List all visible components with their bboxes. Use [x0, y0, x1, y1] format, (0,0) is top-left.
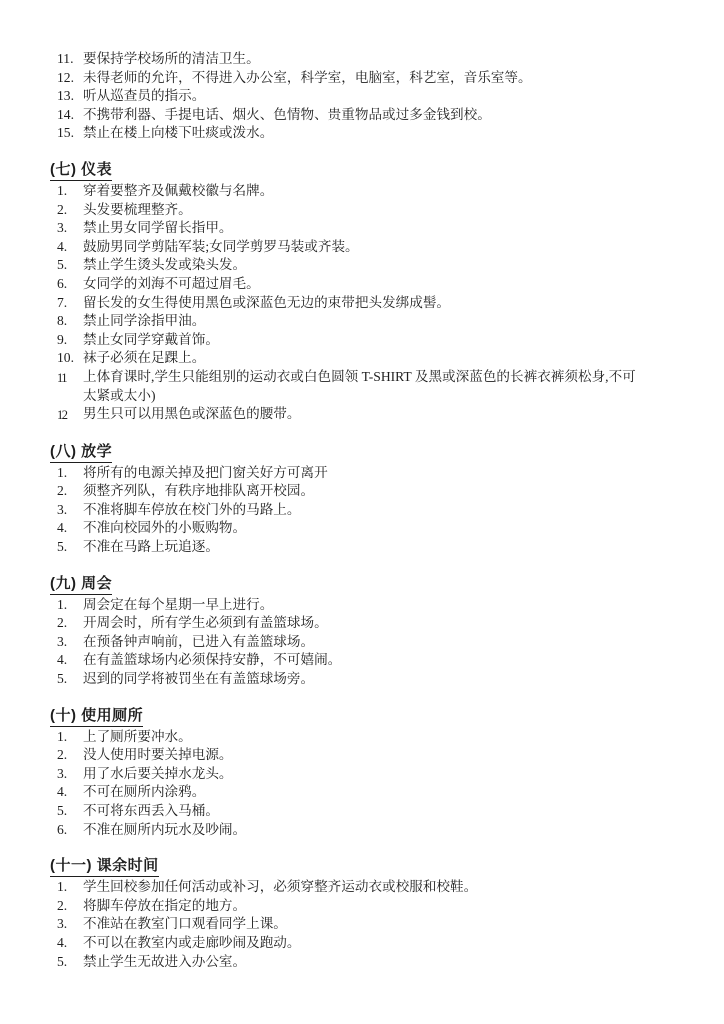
rule-text: 听从巡查员的指示。: [83, 87, 684, 106]
rule-number: 2.: [57, 746, 83, 765]
rule-item: 2.没人使用时要关掉电源。: [50, 746, 684, 765]
rule-number: 1.: [57, 596, 83, 615]
rule-text: 迟到的同学将被罚坐在有盖篮球场旁。: [83, 670, 684, 689]
rule-number: 13.: [57, 87, 83, 106]
rule-text-line: 不准将脚车停放在校门外的马路上。: [83, 501, 684, 520]
rule-text-line: 不携带利器、手提电话、烟火、色情物、贵重物品或过多金钱到校。: [83, 106, 684, 125]
rule-text-line: 头发要梳理整齐。: [83, 201, 684, 220]
rule-number: 6.: [57, 821, 83, 840]
rule-item: 9.禁止女同学穿戴首饰。: [50, 331, 684, 350]
rule-text: 不准将脚车停放在校门外的马路上。: [83, 501, 684, 520]
section-rule-list: 1.周会定在每个星期一早上进行。2.开周会时，所有学生必须到有盖篮球场。3.在预…: [50, 596, 684, 689]
rule-text: 将所有的电源关掉及把门窗关好方可离开: [83, 464, 684, 483]
rule-number: 5.: [57, 538, 83, 557]
rule-number: 3.: [57, 633, 83, 652]
rule-sections: (七) 仪表1.穿着要整齐及佩戴校徽与名牌。2.头发要梳理整齐。3.禁止男女同学…: [50, 160, 684, 971]
rule-text: 不可在厕所内涂鸦。: [83, 783, 684, 802]
rule-text-line: 不可以在教室内或走廊吵闹及跑动。: [83, 934, 684, 953]
rule-text-line: 要保持学校场所的清洁卫生。: [83, 50, 684, 69]
document-page: 11.要保持学校场所的清洁卫生。12.未得老师的允许，不得进入办公室，科学室，电…: [0, 0, 724, 1024]
rule-text: 上体育课时,学生只能组别的运动衣或白色圆领 T-SHIRT 及黑或深蓝色的长裤衣…: [83, 368, 684, 405]
rule-text: 禁止学生无故进入办公室。: [83, 953, 684, 972]
rule-text: 禁止女同学穿戴首饰。: [83, 331, 684, 350]
rule-text-line: 学生回校参加任何活动或补习，必须穿整齐运动衣或校服和校鞋。: [83, 878, 684, 897]
rule-number: 3.: [57, 765, 83, 784]
rule-number: 7.: [57, 294, 83, 313]
rule-item: 3.禁止男女同学留长指甲。: [50, 219, 684, 238]
rule-number: 1.: [57, 464, 83, 483]
rule-item: 5.迟到的同学将被罚坐在有盖篮球场旁。: [50, 670, 684, 689]
rule-item: 1.穿着要整齐及佩戴校徽与名牌。: [50, 182, 684, 201]
rule-text-line: 在有盖篮球场内必须保持安静，不可嬉闹。: [83, 651, 684, 670]
section-heading: (八) 放学: [50, 442, 112, 463]
rule-text-line: 禁止同学涂指甲油。: [83, 312, 684, 331]
rule-item: 4.不可在厕所内涂鸦。: [50, 783, 684, 802]
rule-text-line: 用了水后要关掉水龙头。: [83, 765, 684, 784]
rule-text: 女同学的刘海不可超过眉毛。: [83, 275, 684, 294]
rule-text-line: 袜子必须在足踝上。: [83, 349, 684, 368]
rule-text-line: 禁止学生无故进入办公室。: [83, 953, 684, 972]
rule-number: 4.: [57, 783, 83, 802]
rule-text: 不携带利器、手提电话、烟火、色情物、贵重物品或过多金钱到校。: [83, 106, 684, 125]
rule-item: 11.要保持学校场所的清洁卫生。: [50, 50, 684, 69]
rule-item: 2.开周会时，所有学生必须到有盖篮球场。: [50, 614, 684, 633]
section-heading: (九) 周会: [50, 574, 112, 595]
rule-item: 4.鼓励男同学剪陆军装;女同学剪罗马装或齐装。: [50, 238, 684, 257]
rule-item: 4.不可以在教室内或走廊吵闹及跑动。: [50, 934, 684, 953]
rule-text: 用了水后要关掉水龙头。: [83, 765, 684, 784]
rule-text-line: 上了厕所要冲水。: [83, 728, 684, 747]
rule-number: 14.: [57, 106, 83, 125]
rule-text-line: 禁止学生烫头发或染头发。: [83, 256, 684, 275]
rule-item: 1.上了厕所要冲水。: [50, 728, 684, 747]
rule-item: 3.用了水后要关掉水龙头。: [50, 765, 684, 784]
rule-item: 8.禁止同学涂指甲油。: [50, 312, 684, 331]
rule-item: 2.将脚车停放在指定的地方。: [50, 897, 684, 916]
rule-number: 3.: [57, 219, 83, 238]
rule-text: 学生回校参加任何活动或补习，必须穿整齐运动衣或校服和校鞋。: [83, 878, 684, 897]
section-heading: (十一) 课余时间: [50, 856, 159, 877]
rule-item: 5.不准在马路上玩追逐。: [50, 538, 684, 557]
rule-text-line: 鼓励男同学剪陆军装;女同学剪罗马装或齐装。: [83, 238, 684, 257]
section-heading: (七) 仪表: [50, 160, 112, 181]
rule-item: 5.禁止学生无故进入办公室。: [50, 953, 684, 972]
rule-item: 1.学生回校参加任何活动或补习，必须穿整齐运动衣或校服和校鞋。: [50, 878, 684, 897]
rule-text-line: 禁止男女同学留长指甲。: [83, 219, 684, 238]
rule-section: (九) 周会1.周会定在每个星期一早上进行。2.开周会时，所有学生必须到有盖篮球…: [50, 574, 684, 689]
rule-text-line: 须整齐列队，有秩序地排队离开校园。: [83, 482, 684, 501]
rule-text-line: 不可将东西丢入马桶。: [83, 802, 684, 821]
rule-number: 10.: [57, 349, 83, 368]
rule-item: 3.不准站在教室门口观看同学上课。: [50, 915, 684, 934]
rule-text-line: 不准向校园外的小贩购物。: [83, 519, 684, 538]
rule-number: 4.: [57, 519, 83, 538]
rule-item: 6.女同学的刘海不可超过眉毛。: [50, 275, 684, 294]
rule-number: 11.: [57, 50, 83, 69]
section-rule-list: 1.穿着要整齐及佩戴校徽与名牌。2.头发要梳理整齐。3.禁止男女同学留长指甲。4…: [50, 182, 684, 425]
rule-text: 男生只可以用黑色或深蓝色的腰带。: [83, 405, 684, 424]
rule-text: 不准在马路上玩追逐。: [83, 538, 684, 557]
rule-text-line: 迟到的同学将被罚坐在有盖篮球场旁。: [83, 670, 684, 689]
rule-item: 2.头发要梳理整齐。: [50, 201, 684, 220]
rule-text: 不准在厕所内玩水及吵闹。: [83, 821, 684, 840]
rule-number: 12.: [57, 69, 83, 88]
rule-text: 禁止学生烫头发或染头发。: [83, 256, 684, 275]
rule-item: 12男生只可以用黑色或深蓝色的腰带。: [50, 405, 684, 425]
rule-item: 2.须整齐列队，有秩序地排队离开校园。: [50, 482, 684, 501]
rule-number: 12: [57, 405, 83, 425]
section-heading: (十) 使用厕所: [50, 706, 143, 727]
rule-text: 不可将东西丢入马桶。: [83, 802, 684, 821]
rule-text: 周会定在每个星期一早上进行。: [83, 596, 684, 615]
rule-section: (八) 放学1.将所有的电源关掉及把门窗关好方可离开2.须整齐列队，有秩序地排队…: [50, 442, 684, 557]
rule-text: 禁止在楼上向楼下吐痰或泼水。: [83, 124, 684, 143]
rule-item: 10.袜子必须在足踝上。: [50, 349, 684, 368]
rule-section: (十一) 课余时间1.学生回校参加任何活动或补习，必须穿整齐运动衣或校服和校鞋。…: [50, 856, 684, 971]
rule-item: 3.在预备钟声响前，已进入有盖篮球场。: [50, 633, 684, 652]
rule-number: 3.: [57, 501, 83, 520]
section-rule-list: 1.上了厕所要冲水。2.没人使用时要关掉电源。3.用了水后要关掉水龙头。4.不可…: [50, 728, 684, 840]
rule-text-line: 穿着要整齐及佩戴校徽与名牌。: [83, 182, 684, 201]
rule-text-line: 禁止女同学穿戴首饰。: [83, 331, 684, 350]
rule-number: 4.: [57, 934, 83, 953]
rule-item: 1.周会定在每个星期一早上进行。: [50, 596, 684, 615]
section-rule-list: 1.将所有的电源关掉及把门窗关好方可离开2.须整齐列队，有秩序地排队离开校园。3…: [50, 464, 684, 557]
rule-item: 11上体育课时,学生只能组别的运动衣或白色圆领 T-SHIRT 及黑或深蓝色的长…: [50, 368, 684, 405]
section-rule-list: 1.学生回校参加任何活动或补习，必须穿整齐运动衣或校服和校鞋。2.将脚车停放在指…: [50, 878, 684, 971]
rule-number: 4.: [57, 651, 83, 670]
rule-text: 未得老师的允许，不得进入办公室，科学室，电脑室，科艺室，音乐室等。: [83, 69, 684, 88]
rule-text: 在有盖篮球场内必须保持安静，不可嬉闹。: [83, 651, 684, 670]
rule-number: 8.: [57, 312, 83, 331]
rule-text: 上了厕所要冲水。: [83, 728, 684, 747]
rule-text: 穿着要整齐及佩戴校徽与名牌。: [83, 182, 684, 201]
rule-number: 11: [57, 368, 83, 388]
rule-number: 1.: [57, 182, 83, 201]
rule-item: 7.留长发的女生得使用黑色或深蓝色无边的束带把头发绑成髻。: [50, 294, 684, 313]
intro-rule-list: 11.要保持学校场所的清洁卫生。12.未得老师的允许，不得进入办公室，科学室，电…: [50, 50, 684, 143]
rule-number: 5.: [57, 670, 83, 689]
rule-item: 12.未得老师的允许，不得进入办公室，科学室，电脑室，科艺室，音乐室等。: [50, 69, 684, 88]
rule-text: 袜子必须在足踝上。: [83, 349, 684, 368]
rule-number: 2.: [57, 614, 83, 633]
rule-number: 2.: [57, 201, 83, 220]
rule-number: 5.: [57, 802, 83, 821]
rule-number: 3.: [57, 915, 83, 934]
rule-number: 6.: [57, 275, 83, 294]
rule-text: 没人使用时要关掉电源。: [83, 746, 684, 765]
rule-number: 5.: [57, 256, 83, 275]
rule-text-line: 开周会时，所有学生必须到有盖篮球场。: [83, 614, 684, 633]
rule-text: 不准站在教室门口观看同学上课。: [83, 915, 684, 934]
rule-section: (十) 使用厕所1.上了厕所要冲水。2.没人使用时要关掉电源。3.用了水后要关掉…: [50, 706, 684, 840]
rule-item: 4.在有盖篮球场内必须保持安静，不可嬉闹。: [50, 651, 684, 670]
rule-item: 4.不准向校园外的小贩购物。: [50, 519, 684, 538]
rule-text: 在预备钟声响前，已进入有盖篮球场。: [83, 633, 684, 652]
rule-text-line: 太紧或太小): [83, 387, 684, 406]
rule-text-line: 周会定在每个星期一早上进行。: [83, 596, 684, 615]
rule-number: 2.: [57, 897, 83, 916]
rule-text-line: 在预备钟声响前，已进入有盖篮球场。: [83, 633, 684, 652]
rule-item: 15.禁止在楼上向楼下吐痰或泼水。: [50, 124, 684, 143]
rule-section: (七) 仪表1.穿着要整齐及佩戴校徽与名牌。2.头发要梳理整齐。3.禁止男女同学…: [50, 160, 684, 425]
rule-text-line: 听从巡查员的指示。: [83, 87, 684, 106]
rule-text-line: 禁止在楼上向楼下吐痰或泼水。: [83, 124, 684, 143]
rule-text: 不可以在教室内或走廊吵闹及跑动。: [83, 934, 684, 953]
rule-text: 须整齐列队，有秩序地排队离开校园。: [83, 482, 684, 501]
rule-number: 4.: [57, 238, 83, 257]
rule-text-line: 留长发的女生得使用黑色或深蓝色无边的束带把头发绑成髻。: [83, 294, 684, 313]
rule-text: 禁止同学涂指甲油。: [83, 312, 684, 331]
rule-text-line: 不准在厕所内玩水及吵闹。: [83, 821, 684, 840]
rule-item: 5.不可将东西丢入马桶。: [50, 802, 684, 821]
rule-text-line: 男生只可以用黑色或深蓝色的腰带。: [83, 405, 684, 424]
rule-text: 鼓励男同学剪陆军装;女同学剪罗马装或齐装。: [83, 238, 684, 257]
rule-text-line: 将脚车停放在指定的地方。: [83, 897, 684, 916]
rule-number: 9.: [57, 331, 83, 350]
rule-text: 开周会时，所有学生必须到有盖篮球场。: [83, 614, 684, 633]
rule-text-line: 将所有的电源关掉及把门窗关好方可离开: [83, 464, 684, 483]
rule-number: 15.: [57, 124, 83, 143]
rule-text: 不准向校园外的小贩购物。: [83, 519, 684, 538]
rule-text-line: 没人使用时要关掉电源。: [83, 746, 684, 765]
rule-item: 5.禁止学生烫头发或染头发。: [50, 256, 684, 275]
rule-text-line: 上体育课时,学生只能组别的运动衣或白色圆领 T-SHIRT 及黑或深蓝色的长裤衣…: [83, 368, 684, 387]
rule-text: 将脚车停放在指定的地方。: [83, 897, 684, 916]
rule-item: 3.不准将脚车停放在校门外的马路上。: [50, 501, 684, 520]
rule-text-line: 不可在厕所内涂鸦。: [83, 783, 684, 802]
rule-text-line: 不准站在教室门口观看同学上课。: [83, 915, 684, 934]
rule-text-line: 不准在马路上玩追逐。: [83, 538, 684, 557]
rule-text: 留长发的女生得使用黑色或深蓝色无边的束带把头发绑成髻。: [83, 294, 684, 313]
rule-number: 1.: [57, 878, 83, 897]
rule-text-line: 女同学的刘海不可超过眉毛。: [83, 275, 684, 294]
rule-item: 13.听从巡查员的指示。: [50, 87, 684, 106]
rule-item: 14.不携带利器、手提电话、烟火、色情物、贵重物品或过多金钱到校。: [50, 106, 684, 125]
rule-number: 2.: [57, 482, 83, 501]
rule-number: 1.: [57, 728, 83, 747]
rule-text: 禁止男女同学留长指甲。: [83, 219, 684, 238]
rule-text-line: 未得老师的允许，不得进入办公室，科学室，电脑室，科艺室，音乐室等。: [83, 69, 684, 88]
rule-item: 6.不准在厕所内玩水及吵闹。: [50, 821, 684, 840]
rule-number: 5.: [57, 953, 83, 972]
rule-text: 头发要梳理整齐。: [83, 201, 684, 220]
rule-item: 1.将所有的电源关掉及把门窗关好方可离开: [50, 464, 684, 483]
rule-text: 要保持学校场所的清洁卫生。: [83, 50, 684, 69]
